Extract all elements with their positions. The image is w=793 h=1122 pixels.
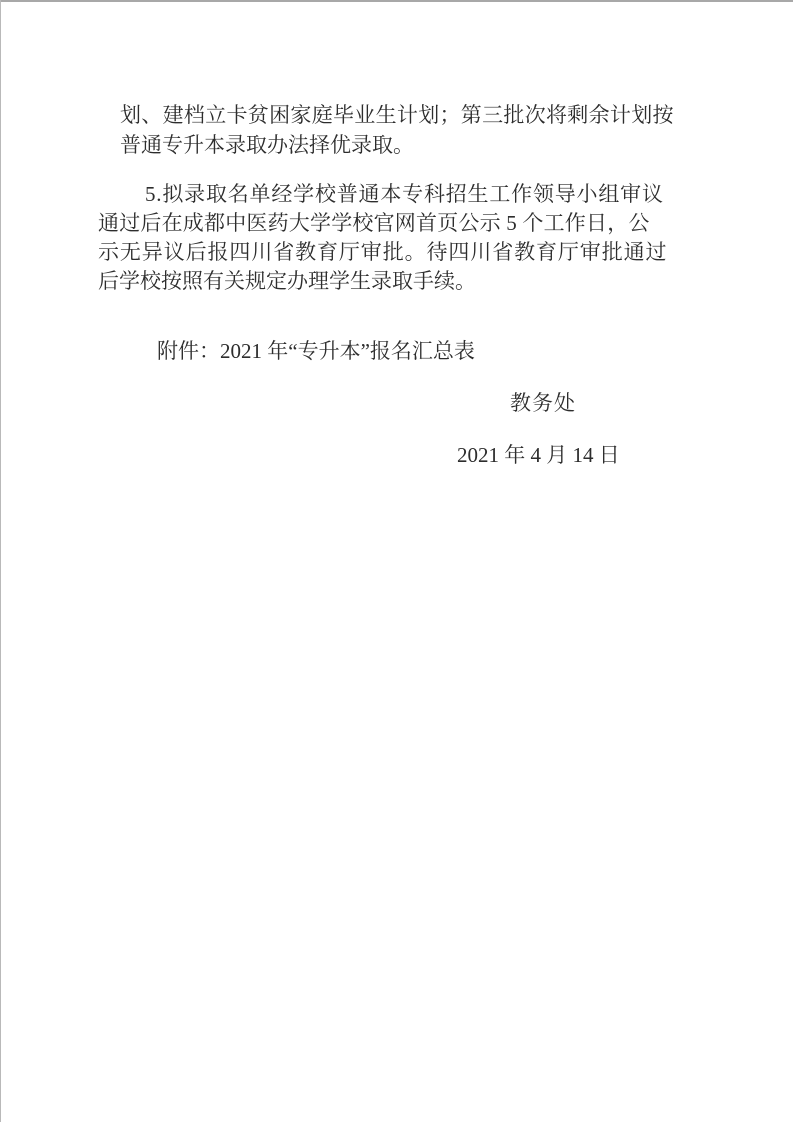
attachment-line: 附件：2021 年“专升本”报名汇总表 (157, 341, 475, 362)
page-top-edge-line (0, 0, 793, 2)
paragraph5-line-3: 示无异议后报四川省教育厅审批。待四川省教育厅审批通过 (98, 242, 667, 263)
paragraph5-line-1: 5.拟录取名单经学校普通本专科招生工作领导小组审议 (145, 184, 664, 205)
paragraph5-line-2: 通过后在成都中医药大学学校官网首页公示 5 个工作日，公 (98, 213, 650, 234)
paragraph4-continuation-line-2: 普通专升本录取办法择优录取。 (120, 135, 414, 156)
signature-department: 教务处 (510, 393, 576, 414)
signature-date: 2021 年 4 月 14 日 (457, 445, 620, 466)
paragraph4-continuation-line-1: 划、建档立卡贫困家庭毕业生计划；第三批次将剩余计划按 (120, 105, 674, 126)
document-page: 划、建档立卡贫困家庭毕业生计划；第三批次将剩余计划按 普通专升本录取办法择优录取… (0, 0, 793, 1122)
page-left-edge-line (0, 0, 1, 1122)
paragraph5-line-4: 后学校按照有关规定办理学生录取手续。 (98, 271, 476, 292)
